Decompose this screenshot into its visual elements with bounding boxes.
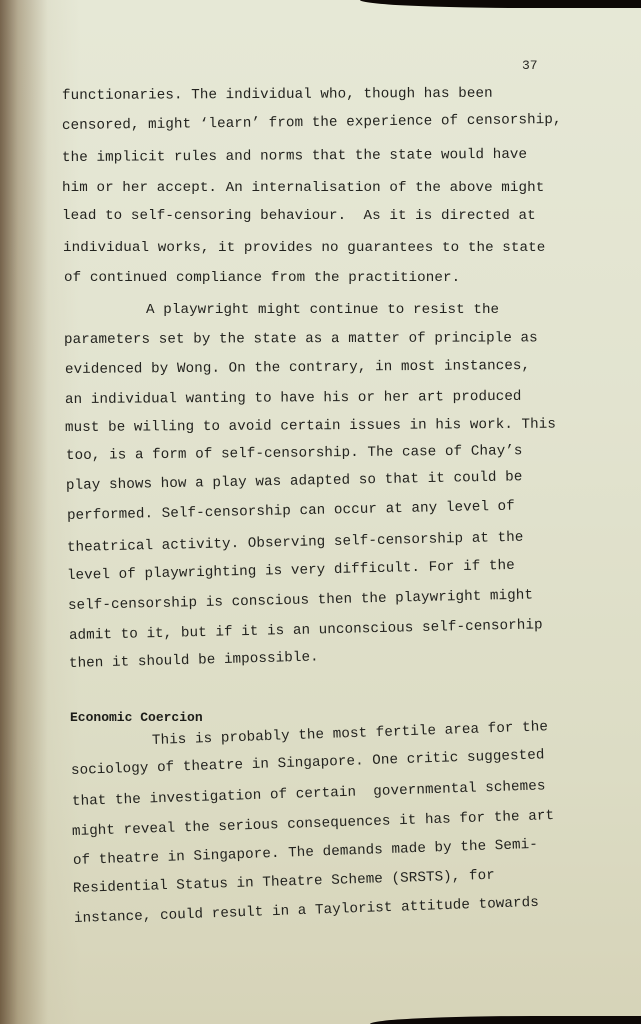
text-line: This is probably the most fertile area f…: [152, 719, 549, 749]
text-line: too, is a form of self-censorship. The c…: [66, 443, 523, 464]
text-line: functionaries. The individual who, thoug…: [62, 86, 493, 104]
text-line: evidenced by Wong. On the contrary, in m…: [65, 358, 530, 378]
text-line: of continued compliance from the practit…: [64, 270, 460, 286]
text-line: A playwright might continue to resist th…: [146, 302, 499, 318]
text-line: the implicit rules and norms that the st…: [62, 147, 527, 166]
text-line: sociology of theatre in Singapore. One c…: [71, 747, 545, 779]
page-edge-shadow-bottom: [370, 1016, 641, 1024]
text-line: must be willing to avoid certain issues …: [65, 417, 556, 436]
text-line: play shows how a play was adapted so tha…: [66, 469, 523, 494]
section-heading: Economic Coercion: [70, 710, 203, 725]
text-line: parameters set by the state as a matter …: [64, 330, 538, 348]
text-line: self-censorship is conscious then the pl…: [68, 587, 533, 614]
text-line: him or her accept. An internalisation of…: [62, 180, 544, 196]
text-line: theatrical activity. Observing self-cens…: [67, 530, 524, 556]
page-edge-shadow-top: [360, 0, 641, 8]
text-line: then it should be impossible.: [69, 649, 319, 672]
text-line: lead to self-censoring behaviour. As it …: [62, 208, 536, 224]
text-line: an individual wanting to have his or her…: [65, 389, 522, 408]
scanned-page: 37 functionaries. The individual who, th…: [0, 0, 641, 1024]
text-line: of theatre in Singapore. The demands mad…: [73, 837, 538, 869]
text-line: performed. Self-censorship can occur at …: [67, 499, 515, 524]
text-line: censored, might ‘learn’ from the experie…: [62, 112, 562, 134]
text-line: level of playwrighting is very difficult…: [67, 558, 515, 584]
text-line: instance, could result in a Taylorist at…: [74, 895, 539, 927]
text-line: Residential Status in Theatre Scheme (SR…: [73, 868, 495, 897]
text-line: individual works, it provides no guarant…: [63, 240, 545, 256]
page-number: 37: [522, 58, 538, 73]
text-line: might reveal the serious consequences it…: [72, 808, 555, 840]
text-line: that the investigation of certain govern…: [72, 778, 546, 810]
text-line: admit to it, but if it is an unconscious…: [69, 617, 543, 644]
